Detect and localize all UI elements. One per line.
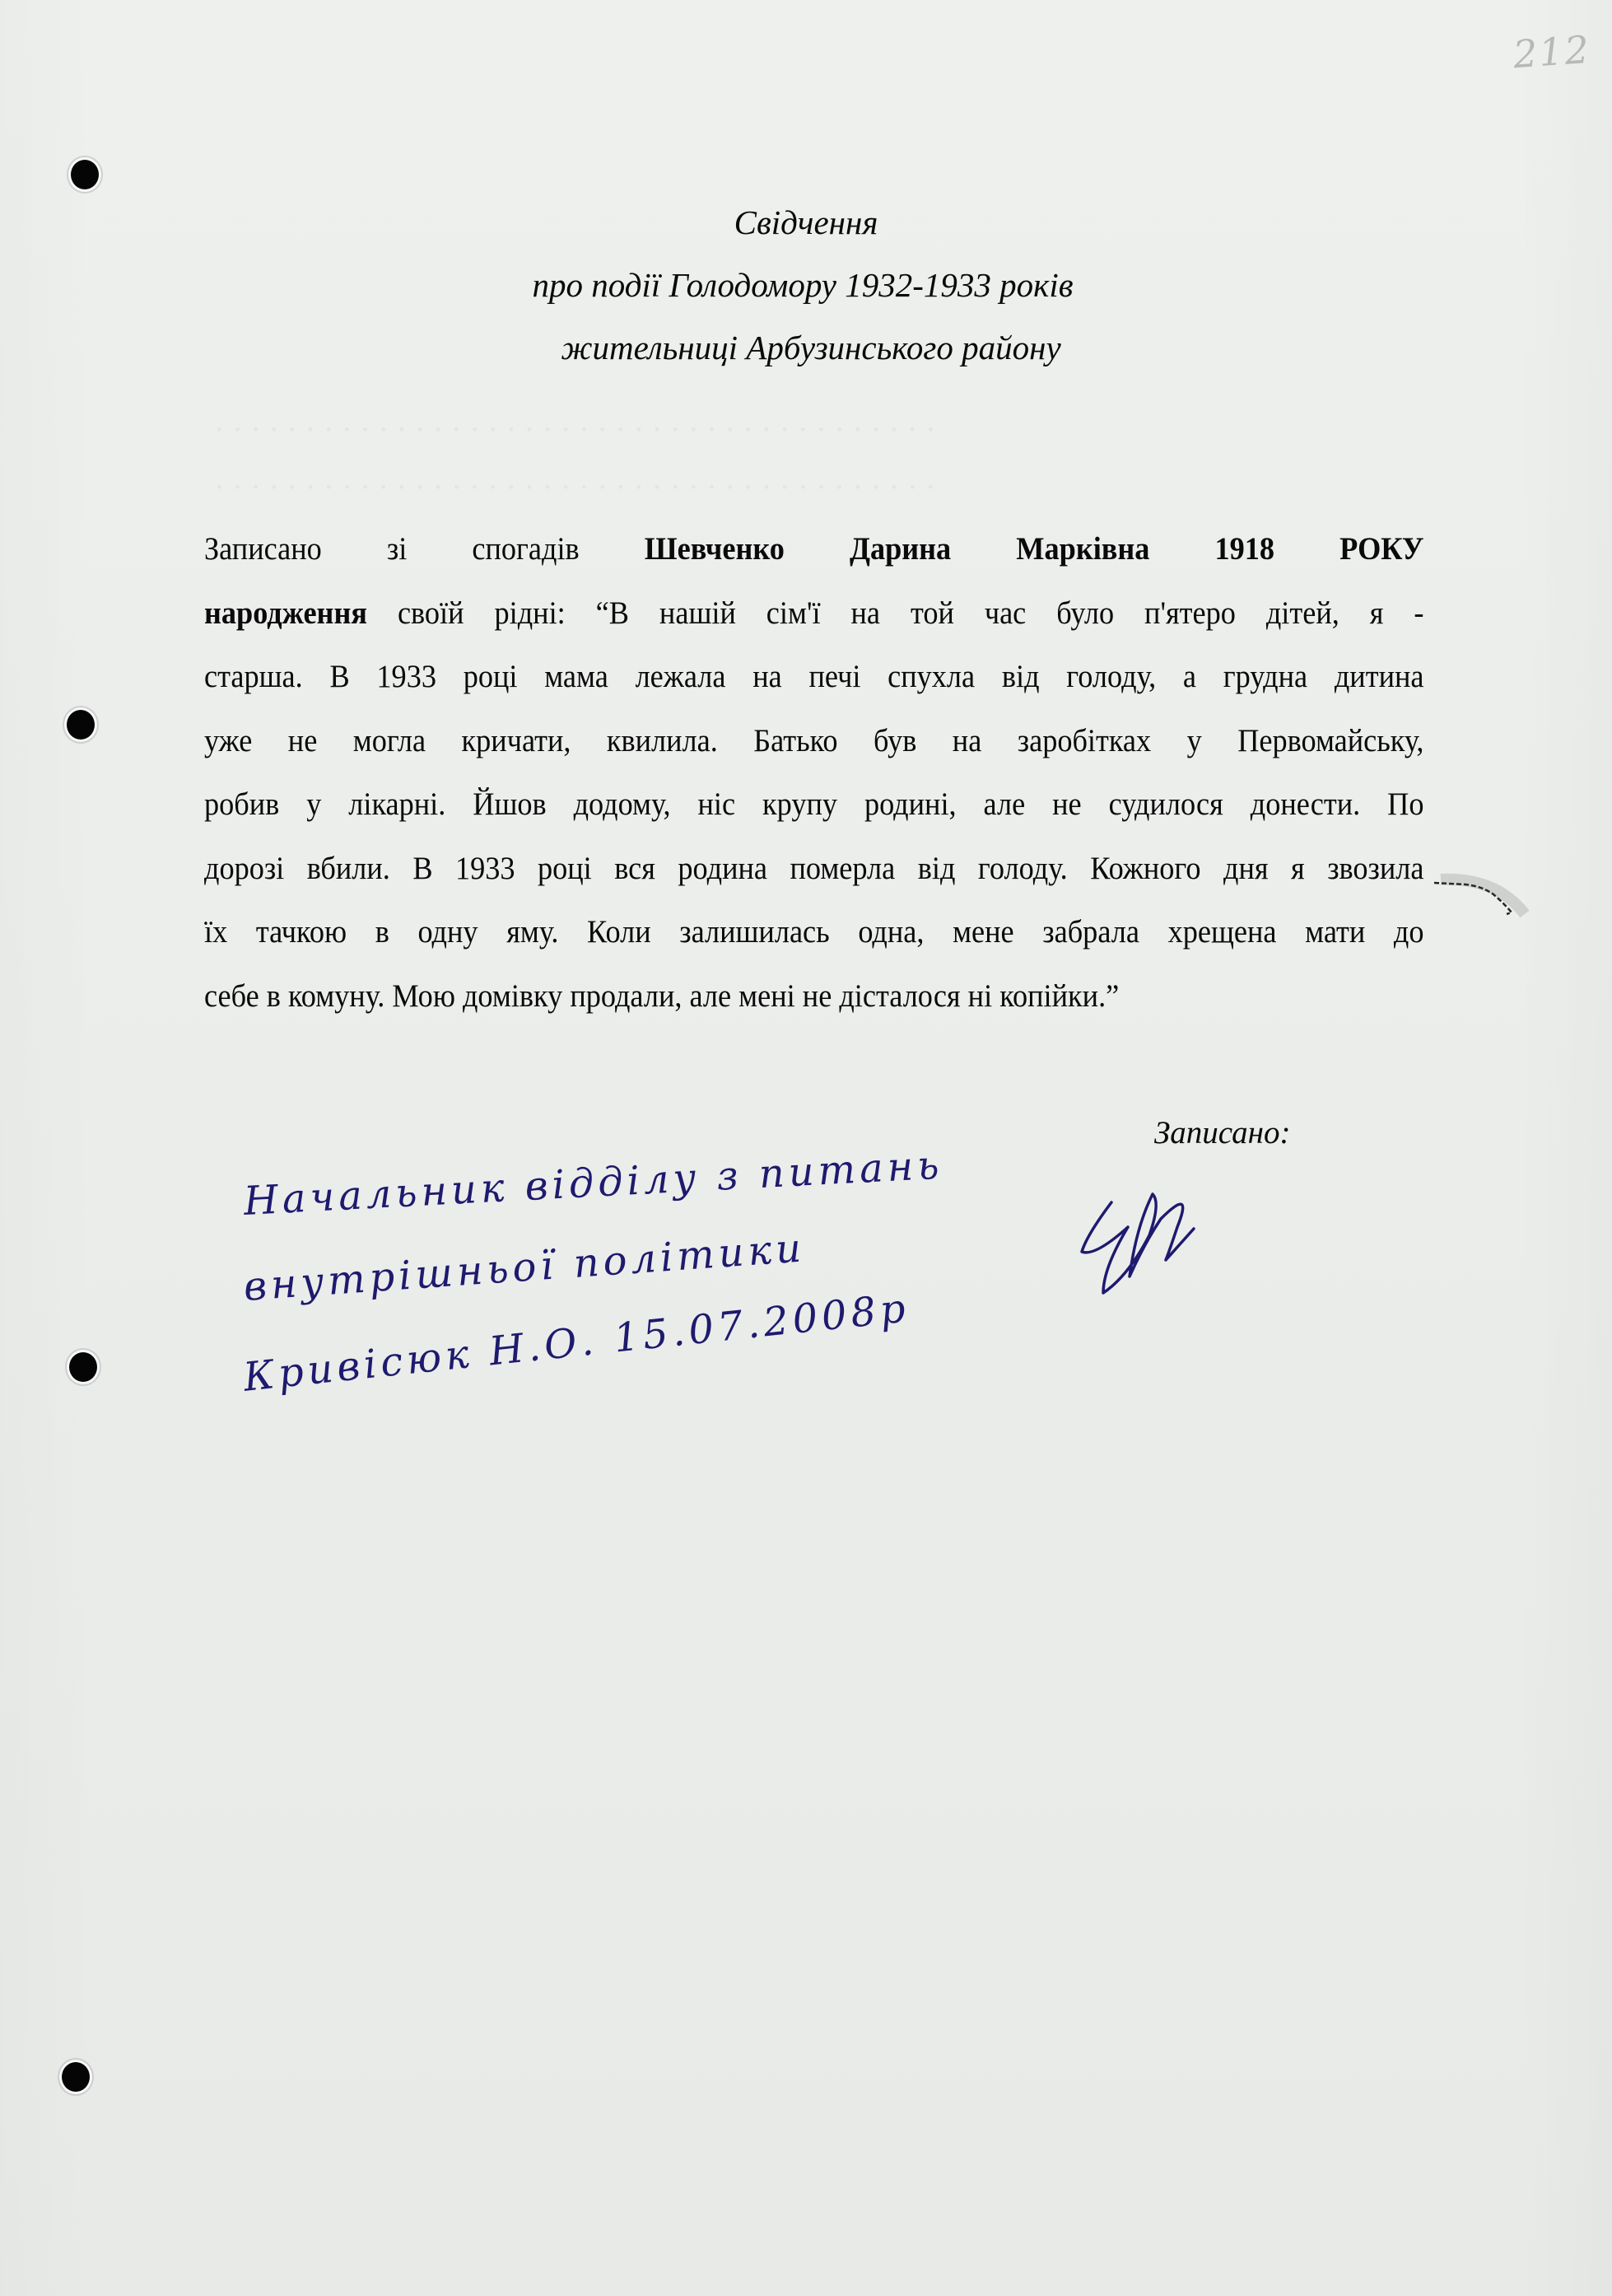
recorded-by-label: Записано:: [1154, 1114, 1290, 1151]
body-line: їх тачкою в одну яму. Коли залишилась од…: [204, 900, 1423, 964]
handwritten-line: внутрішньої політики: [242, 1225, 807, 1310]
body-text-run: старша. В 1933 році мама лежала на печі …: [204, 659, 1423, 694]
body-text-run: себе в комуну. Мою домівку продали, але …: [204, 978, 1119, 1014]
title-line: жительниці Арбузинського району: [10, 316, 1612, 379]
testimony-body: Записано зі спогадів Шевченко Дарина Мар…: [204, 517, 1423, 1028]
body-line: уже не могла кричати, квилила. Батько бу…: [204, 709, 1423, 773]
title-line: Свідчення: [0, 191, 1612, 254]
body-text-run: Записано зі спогадів: [204, 531, 645, 567]
page-number: 212: [1512, 27, 1591, 77]
body-text-run: дорозі вбили. В 1933 році вся родина пом…: [204, 851, 1423, 886]
body-line: Записано зі спогадів Шевченко Дарина Мар…: [204, 517, 1423, 581]
title-line: про події Голодомору 1932-1933 років: [0, 254, 1612, 316]
body-text-run: робив у лікарні. Йшов додому, ніс крупу …: [204, 786, 1423, 822]
body-text-run: своїй рідні: “В нашій сім'ї на той час б…: [367, 595, 1424, 631]
body-line: дорозі вбили. В 1933 році вся родина пом…: [204, 837, 1423, 901]
body-text-run: уже не могла кричати, квилила. Батько бу…: [204, 723, 1423, 758]
body-line: робив у лікарні. Йшов додому, ніс крупу …: [204, 772, 1423, 837]
punch-hole: [62, 2062, 90, 2092]
punch-hole: [71, 160, 99, 189]
body-text-run: їх тачкою в одну яму. Коли залишилась од…: [204, 914, 1423, 950]
document-title: Свідчення про події Голодомору 1932-1933…: [0, 191, 1612, 379]
pen-mark: [1433, 863, 1531, 921]
punch-hole: [67, 710, 95, 740]
body-line: народження своїй рідні: “В нашій сім'ї н…: [204, 581, 1423, 646]
signature: [1070, 1178, 1235, 1309]
body-line: себе в комуну. Мою домівку продали, але …: [204, 964, 1423, 1029]
bold-text: Шевченко Дарина Марківна 1918 РОКУ: [645, 531, 1424, 567]
body-line: старша. В 1933 році мама лежала на печі …: [204, 645, 1423, 709]
punch-hole: [69, 1352, 97, 1382]
bold-text: народження: [204, 595, 367, 631]
